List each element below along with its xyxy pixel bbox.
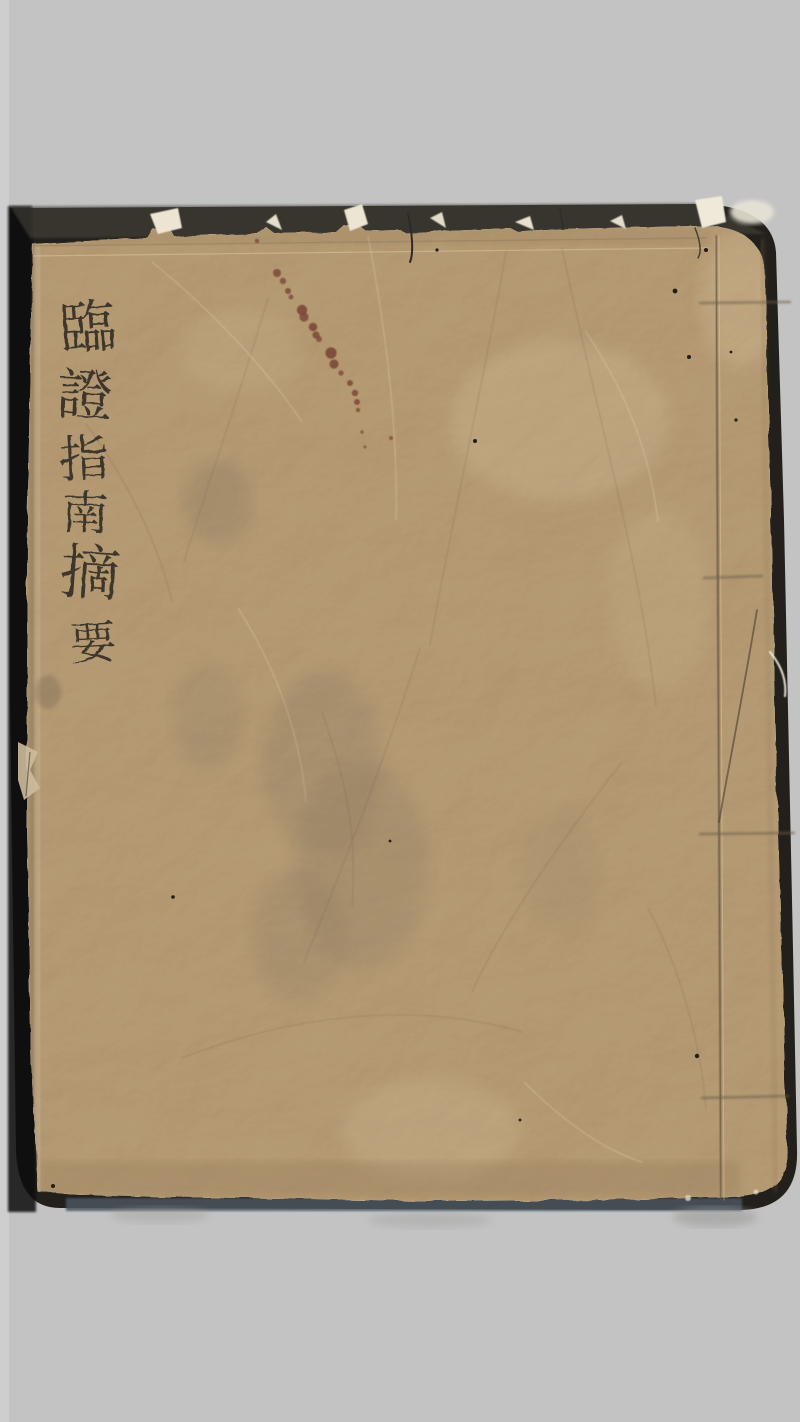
title-char-1: 臨 bbox=[57, 293, 118, 363]
title-char-3: 指 bbox=[58, 429, 111, 490]
scan-edge-strip bbox=[0, 0, 9, 1422]
title-char-2: 證 bbox=[55, 362, 114, 430]
bottom-dirt-band bbox=[40, 1162, 740, 1196]
cover-paper-base bbox=[27, 225, 787, 1201]
title-char-6: 要 bbox=[69, 615, 118, 671]
scanned-book-cover-photo: 臨 證 指 南 摘 要 bbox=[0, 0, 800, 1422]
book-cover-paper bbox=[27, 225, 787, 1201]
title-char-5: 摘 bbox=[58, 537, 123, 611]
title-char-4: 南 bbox=[61, 486, 110, 543]
